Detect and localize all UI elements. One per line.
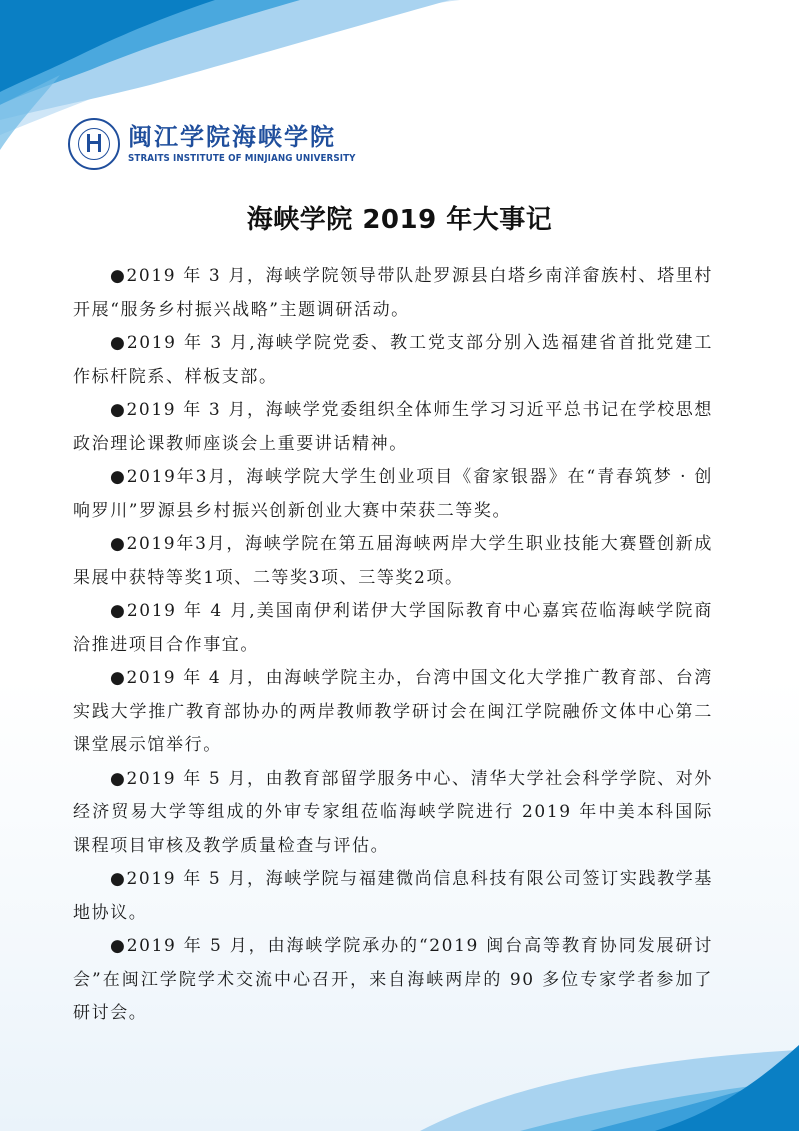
bullet-icon: ●	[110, 400, 126, 420]
bullet-icon: ●	[110, 534, 127, 554]
bullet-icon: ●	[110, 333, 127, 353]
university-seal-icon	[68, 118, 120, 170]
list-item: ●2019 年 5 月，由教育部留学服务中心、清华大学社会科学学院、对外经济贸易…	[73, 763, 713, 864]
bullet-icon: ●	[110, 869, 126, 889]
list-item: ●2019 年 4 月，由海峡学院主办，台湾中国文化大学推广教育部、台湾实践大学…	[73, 662, 713, 763]
bullet-icon: ●	[110, 936, 127, 956]
institution-logo: 闽江学院海峡学院 STRAITS INSTITUTE OF MINJIANG U…	[68, 118, 375, 170]
list-item: ●2019年3月，海峡学院在第五届海峡两岸大学生职业技能大赛暨创新成果展中获特等…	[73, 528, 713, 595]
list-item: ●2019 年 5 月，海峡学院与福建微尚信息科技有限公司签订实践教学基地协议。	[73, 863, 713, 930]
list-item: ●2019年3月，海峡学院大学生创业项目《畲家银器》在“青春筑梦 · 创响罗川”…	[73, 461, 713, 528]
bullet-icon: ●	[110, 266, 126, 286]
list-item: ●2019 年 5 月，由海峡学院承办的“2019 闽台高等教育协同发展研讨会”…	[73, 930, 713, 1031]
list-item: ●2019 年 4 月,美国南伊利诺伊大学国际教育中心嘉宾莅临海峡学院商洽推进项…	[73, 595, 713, 662]
bullet-icon: ●	[110, 668, 126, 688]
footer-wave-decoration	[0, 1030, 799, 1131]
list-item: ●2019 年 3 月，海峡学院领导带队赴罗源县白塔乡南洋畲族村、塔里村开展“服…	[73, 260, 713, 327]
page-title: 海峡学院 2019 年大事记	[0, 199, 799, 236]
event-list: ●2019 年 3 月，海峡学院领导带队赴罗源县白塔乡南洋畲族村、塔里村开展“服…	[73, 260, 713, 1031]
list-item: ●2019 年 3 月,海峡学院党委、教工党支部分别入选福建省首批党建工作标杆院…	[73, 327, 713, 394]
logo-name-cn: 闽江学院海峡学院	[128, 123, 375, 151]
list-item: ●2019 年 3 月，海峡学党委组织全体师生学习习近平总书记在学校思想政治理论…	[73, 394, 713, 461]
logo-name-en: STRAITS INSTITUTE OF MINJIANG UNIVERSITY	[128, 153, 356, 165]
bullet-icon: ●	[110, 769, 126, 789]
bullet-icon: ●	[110, 601, 127, 621]
bullet-icon: ●	[110, 467, 127, 487]
